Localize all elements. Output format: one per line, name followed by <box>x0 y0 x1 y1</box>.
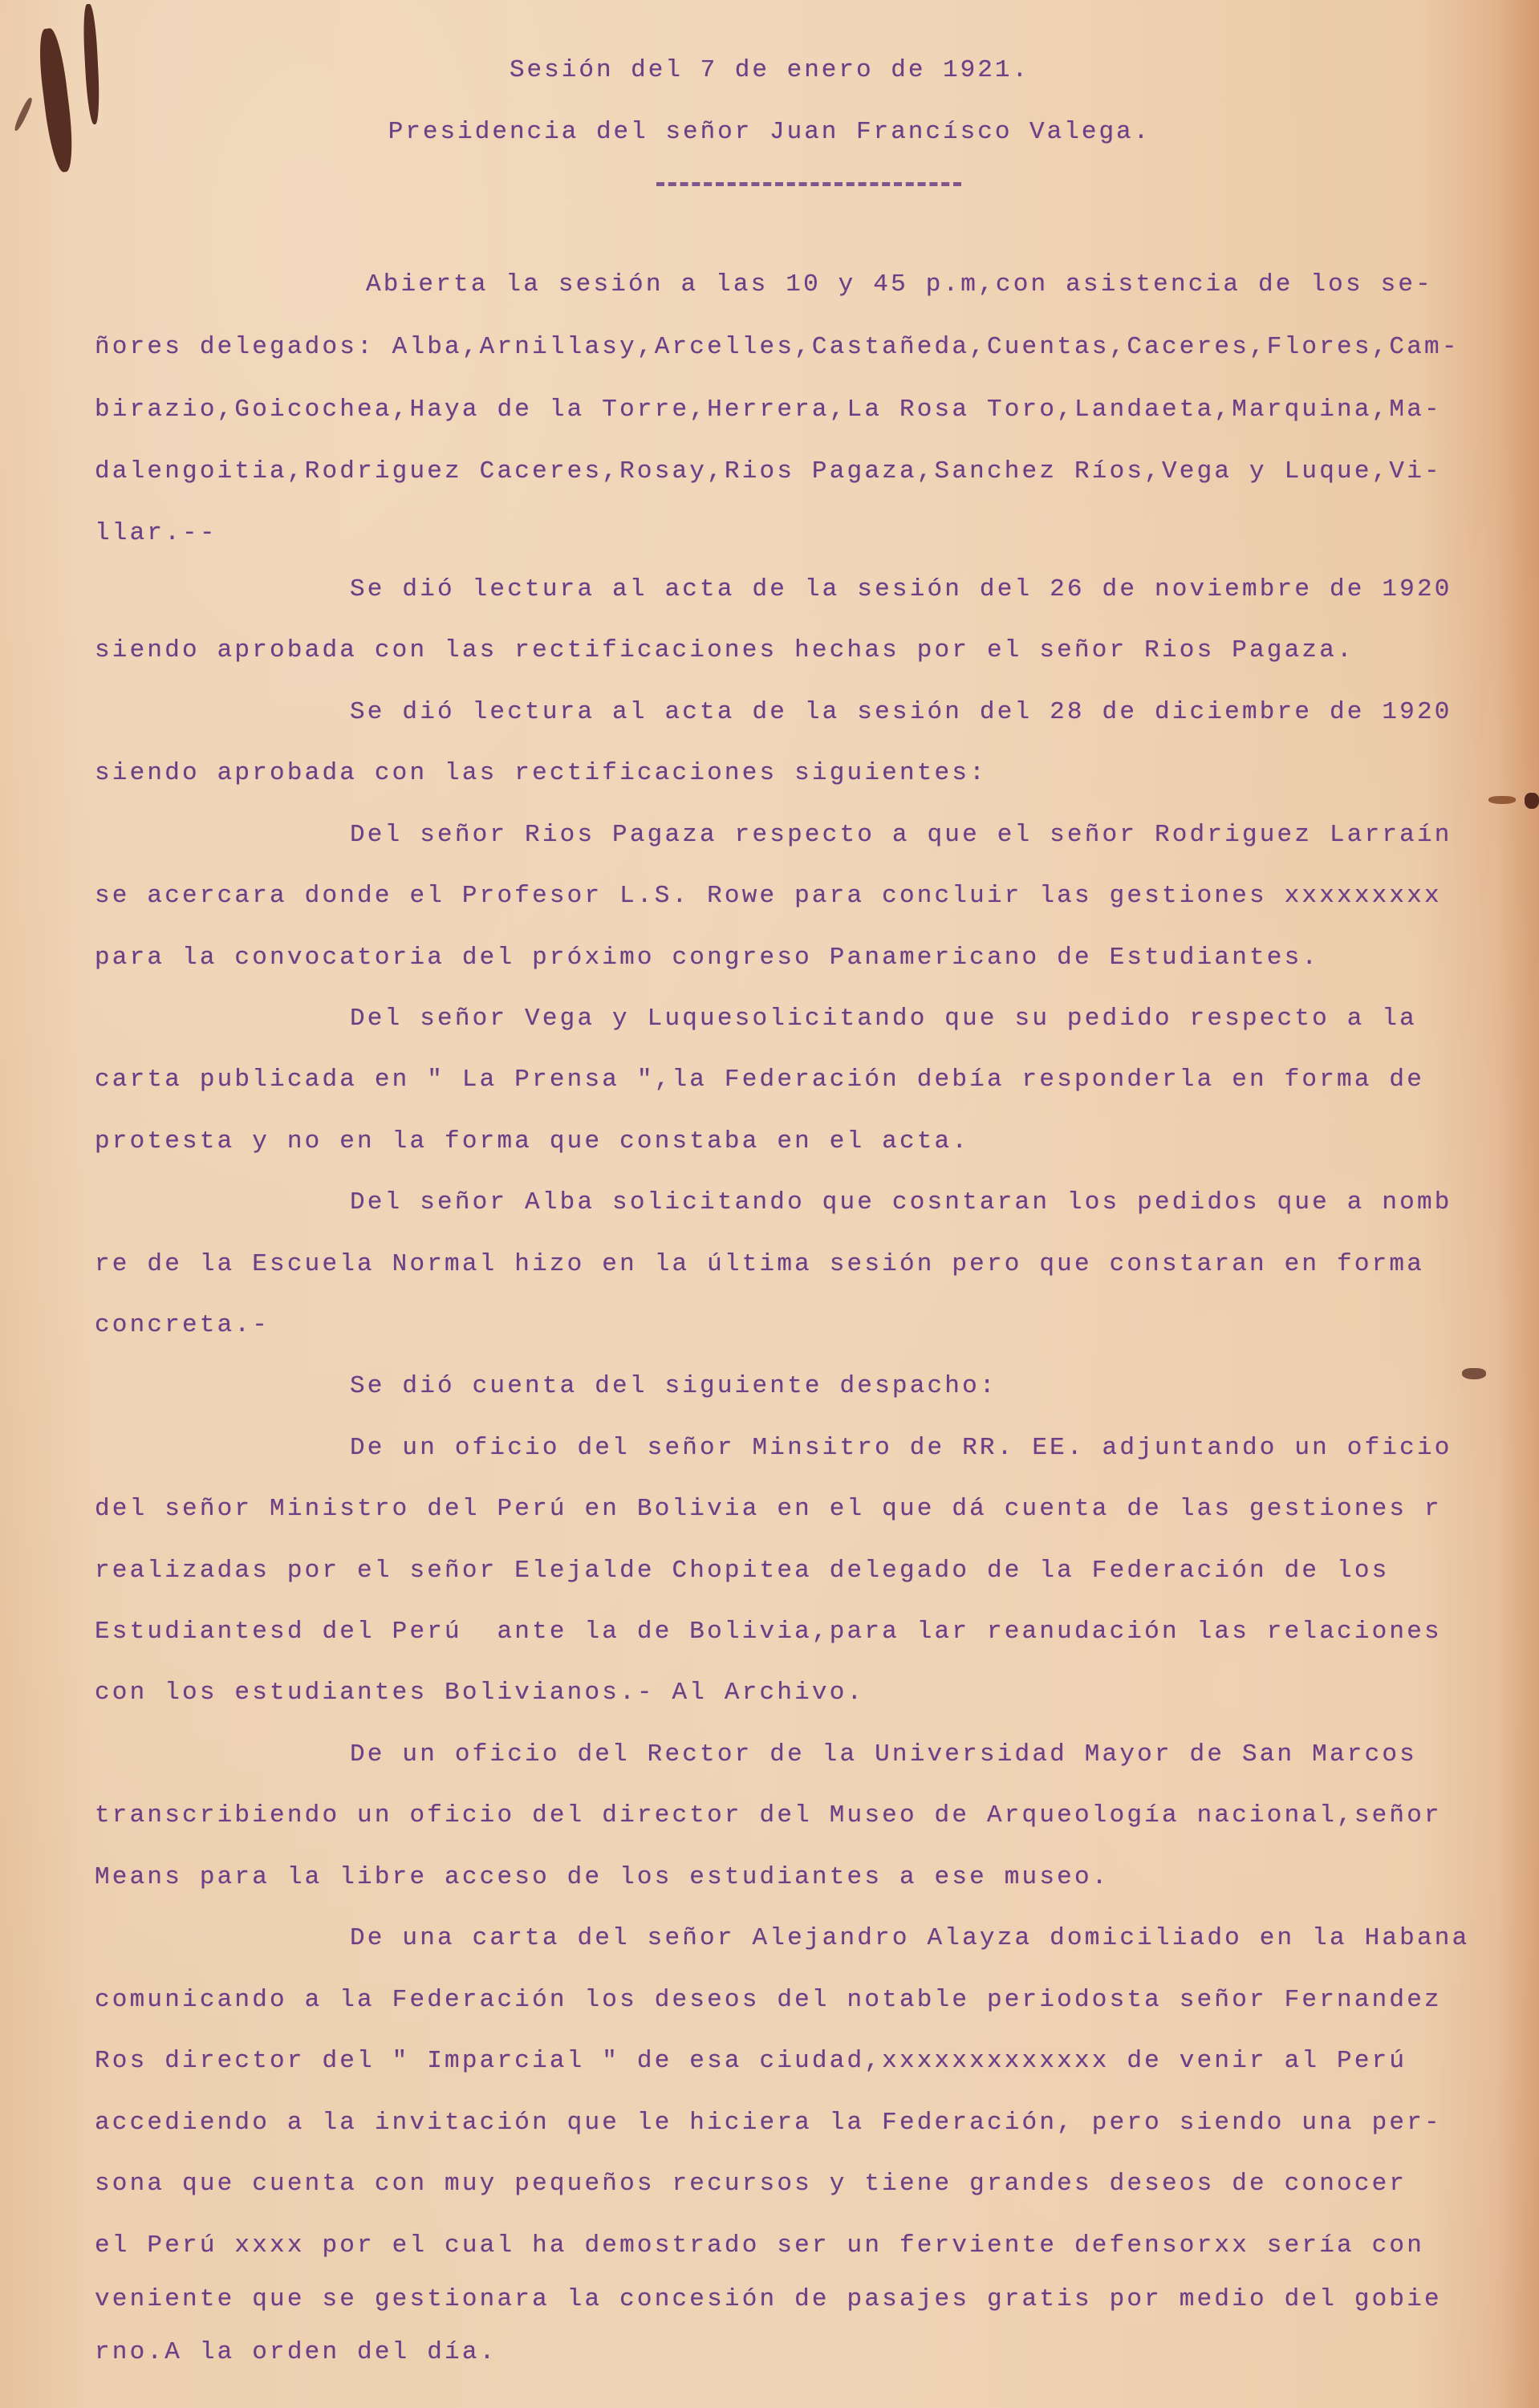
document-line: ñores delegados: Alba,Arnillasy,Arcelles… <box>95 331 1460 363</box>
document-line: veniente que se gestionara la concesión … <box>95 2284 1442 2316</box>
document-line: transcribiendo un oficio del director de… <box>95 1800 1442 1832</box>
document-line: realizadas por el señor Elejalde Chopite… <box>95 1555 1389 1587</box>
document-line: Del señor Alba solicitando que cosntaran… <box>350 1187 1452 1219</box>
document-line: accediendo a la invitación que le hicier… <box>95 2107 1442 2139</box>
document-line: siendo aprobada con las rectificaciones … <box>95 635 1354 667</box>
document-line: rno.A la orden del día. <box>95 2337 497 2369</box>
document-line: siendo aprobada con las rectificaciones … <box>95 757 987 790</box>
document-line: Del señor Vega y Luquesolicitando que su… <box>350 1003 1417 1035</box>
document-line: sona que cuenta con muy pequeños recurso… <box>95 2168 1407 2200</box>
document-line: birazio,Goicochea,Haya de la Torre,Herre… <box>95 394 1442 426</box>
document-title: Sesión del 7 de enero de 1921. <box>0 55 1539 87</box>
document-line: se acercara donde el Profesor L.S. Rowe … <box>95 880 1442 912</box>
document-line: protesta y no en la forma que constaba e… <box>95 1126 969 1158</box>
document-line: Se dió lectura al acta de la sesión del … <box>350 574 1452 606</box>
document-line: dalengoitia,Rodriguez Caceres,Rosay,Rios… <box>95 456 1442 488</box>
document-line: comunicando a la Federación los deseos d… <box>95 1984 1442 2016</box>
document-line: el Perú xxxx por el cual ha demostrado s… <box>95 2230 1424 2262</box>
document-line: De un oficio del señor Minsitro de RR. E… <box>350 1432 1452 1464</box>
document-line: del señor Ministro del Perú en Bolivia e… <box>95 1493 1442 1525</box>
document-line: con los estudiantes Bolivianos.- Al Arch… <box>95 1677 864 1709</box>
document-line: Means para la libre acceso de los estudi… <box>95 1862 1110 1894</box>
typewritten-document: Sesión del 7 de enero de 1921. Presidenc… <box>0 0 1539 2408</box>
document-line: Estudiantesd del Perú ante la de Bolivia… <box>95 1616 1442 1648</box>
separator-rule <box>656 182 961 186</box>
document-subtitle: Presidencia del señor Juan Francísco Val… <box>0 116 1539 148</box>
document-line: para la convocatoria del próximo congres… <box>95 942 1319 974</box>
document-line: concreta.- <box>95 1310 270 1342</box>
document-line: carta publicada en " La Prensa ",la Fede… <box>95 1064 1424 1096</box>
document-line: llar.-- <box>95 518 217 550</box>
document-line: Ros director del " Imparcial " de esa ci… <box>95 2045 1407 2077</box>
document-line: Abierta la sesión a las 10 y 45 p.m,con … <box>366 269 1433 301</box>
document-line: De una carta del señor Alejandro Alayza … <box>350 1923 1469 1955</box>
document-line: De un oficio del Rector de la Universida… <box>350 1739 1417 1771</box>
document-line: Se dió lectura al acta de la sesión del … <box>350 696 1452 729</box>
document-line: Del señor Rios Pagaza respecto a que el … <box>350 819 1452 851</box>
document-line: re de la Escuela Normal hizo en la últim… <box>95 1249 1424 1281</box>
document-line: Se dió cuenta del siguiente despacho: <box>350 1370 997 1403</box>
